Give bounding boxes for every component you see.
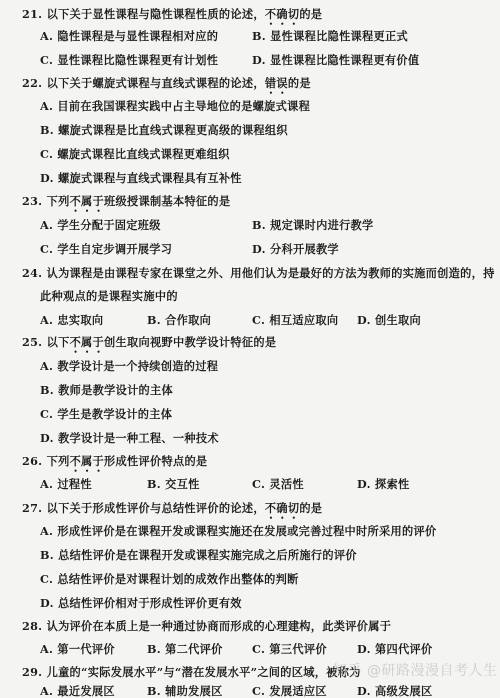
emphasized-text: 错误 [265,76,288,90]
emphasized-text: 不确切 [265,501,299,515]
option-21-d: D. 显性课程比隐性课程更有价值 [252,53,419,67]
option-27-c: C. 总结性评价是对课程计划的成效作出整体的判断 [40,572,299,586]
stem-text: 的是 [288,76,311,90]
option-27-b: B. 总结性评价是在课程开发或课程实施完成之后所施行的评价 [40,548,357,562]
question-24-stem-continued: 此种观点的是课程实施中的 [40,289,178,303]
option-24-b: B. 合作取向 [147,313,211,327]
option-27-a: A. 形成性评价是在课程开发或课程实施还在发展或完善过程中时所采用的评价 [40,524,436,538]
option-29-d: D. 高级发展区 [357,684,432,698]
question-27-stem: 27. 以下关于形成性评价与总结性评价的论述，不确切的是 [22,501,322,522]
option-23-d: D. 分科开展教学 [252,242,339,256]
question-24-stem: 24. 认为课程是由课程专家在课堂之外、用他们认为是最好的方法为教师的实施而创造… [22,266,495,280]
stem-text: 儿童的“实际发展水平”与“潜在发展水平”之间的区域，被称为 [47,665,361,679]
emphasized-text: 不确切 [265,7,299,21]
option-24-a: A. 忠实取向 [40,313,103,327]
stem-text: 班级授课制基本特征的是 [104,194,230,208]
emphasized-text: 不属于 [70,335,104,349]
exam-page: 21. 以下关于显性课程与隐性课程性质的论述，不确切的是 A. 隐性课程是与显性… [0,0,500,698]
question-26-stem: 26. 下列不属于形成性评价特点的是 [22,454,207,475]
question-28-stem: 28. 认为评价在本质上是一种通过协商而形成的心理建构，此类评价属于 [22,619,391,633]
option-23-c: C. 学生自定步调开展学习 [40,242,172,256]
question-21-stem: 21. 以下关于显性课程与隐性课程性质的论述，不确切的是 [22,7,322,28]
option-26-b: B. 交互性 [147,477,200,491]
option-29-b: B. 辅助发展区 [147,684,223,698]
question-29-stem: 29. 儿童的“实际发展水平”与“潜在发展水平”之间的区域，被称为 [22,665,361,679]
stem-text: 下列 [47,454,70,468]
emphasized-text: 不属于 [70,454,104,468]
option-24-d: D. 创生取向 [357,313,421,327]
stem-text: 以下关于显性课程与隐性课程性质的论述， [47,7,265,21]
option-27-d: D. 总结性评价相对于形成性评价更有效 [40,596,242,610]
emphasized-text: 不属于 [70,194,104,208]
question-number: 23. [22,194,42,208]
option-29-c: C. 发展适应区 [252,684,327,698]
option-28-c: C. 第三代评价 [252,642,327,656]
question-number: 26. [22,454,42,468]
question-number: 21. [22,7,42,21]
option-21-a: A. 隐性课程是与显性课程相对应的 [40,29,218,43]
option-24-c: C. 相互适应取向 [252,313,338,327]
option-25-a: A. 教学设计是一个持续创造的过程 [40,359,218,373]
question-number: 29. [22,665,42,679]
option-28-d: D. 第四代评价 [357,642,432,656]
stem-text: 以下关于形成性评价与总结性评价的论述， [47,501,265,515]
question-25-stem: 25. 以下不属于创生取向视野中教学设计特征的是 [22,335,276,356]
stem-text: 形成性评价特点的是 [104,454,207,468]
option-22-a: A. 目前在我国课程实践中占主导地位的是螺旋式课程 [40,99,310,113]
question-number: 22. [22,76,42,90]
option-25-c: C. 学生是教学设计的主体 [40,407,172,421]
stem-text: 认为课程是由课程专家在课堂之外、用他们认为是最好的方法为教师的实施而创造的，持 [47,266,495,280]
watermark: 知乎 @研路漫漫自考人生 [333,660,497,680]
stem-text: 的是 [299,7,322,21]
question-number: 24. [22,266,42,280]
stem-text: 创生取向视野中教学设计特征的是 [104,335,276,349]
option-22-b: B. 螺旋式课程是比直线式课程更高级的课程组织 [40,123,288,137]
stem-text: 下列 [47,194,70,208]
option-23-b: B. 规定课时内进行教学 [252,218,374,232]
option-26-c: C. 灵活性 [252,477,304,491]
option-21-b: B. 显性课程比隐性课程更正式 [252,29,408,43]
option-21-c: C. 显性课程比隐性课程更有计划性 [40,53,218,67]
option-22-d: D. 螺旋式课程与直线式课程具有互补性 [40,171,242,185]
stem-text: 的是 [299,501,322,515]
option-25-d: D. 教学设计是一种工程、一种技术 [40,431,219,445]
question-number: 28. [22,619,42,633]
option-28-b: B. 第二代评价 [147,642,223,656]
question-number: 27. [22,501,42,515]
stem-text: 以下 [47,335,70,349]
option-22-c: C. 螺旋式课程比直线式课程更难组织 [40,147,230,161]
option-26-a: A. 过程性 [40,477,92,491]
stem-text: 以下关于螺旋式课程与直线式课程的论述， [47,76,265,90]
option-25-b: B. 教师是教学设计的主体 [40,383,173,397]
question-number: 25. [22,335,42,349]
option-26-d: D. 探索性 [357,477,409,491]
option-23-a: A. 学生分配于固定班级 [40,218,161,232]
option-29-a: A. 最近发展区 [40,684,115,698]
stem-text: 认为评价在本质上是一种通过协商而形成的心理建构，此类评价属于 [47,619,392,633]
question-23-stem: 23. 下列不属于班级授课制基本特征的是 [22,194,230,215]
question-22-stem: 22. 以下关于螺旋式课程与直线式课程的论述，错误的是 [22,76,311,97]
option-28-a: A. 第一代评价 [40,642,115,656]
